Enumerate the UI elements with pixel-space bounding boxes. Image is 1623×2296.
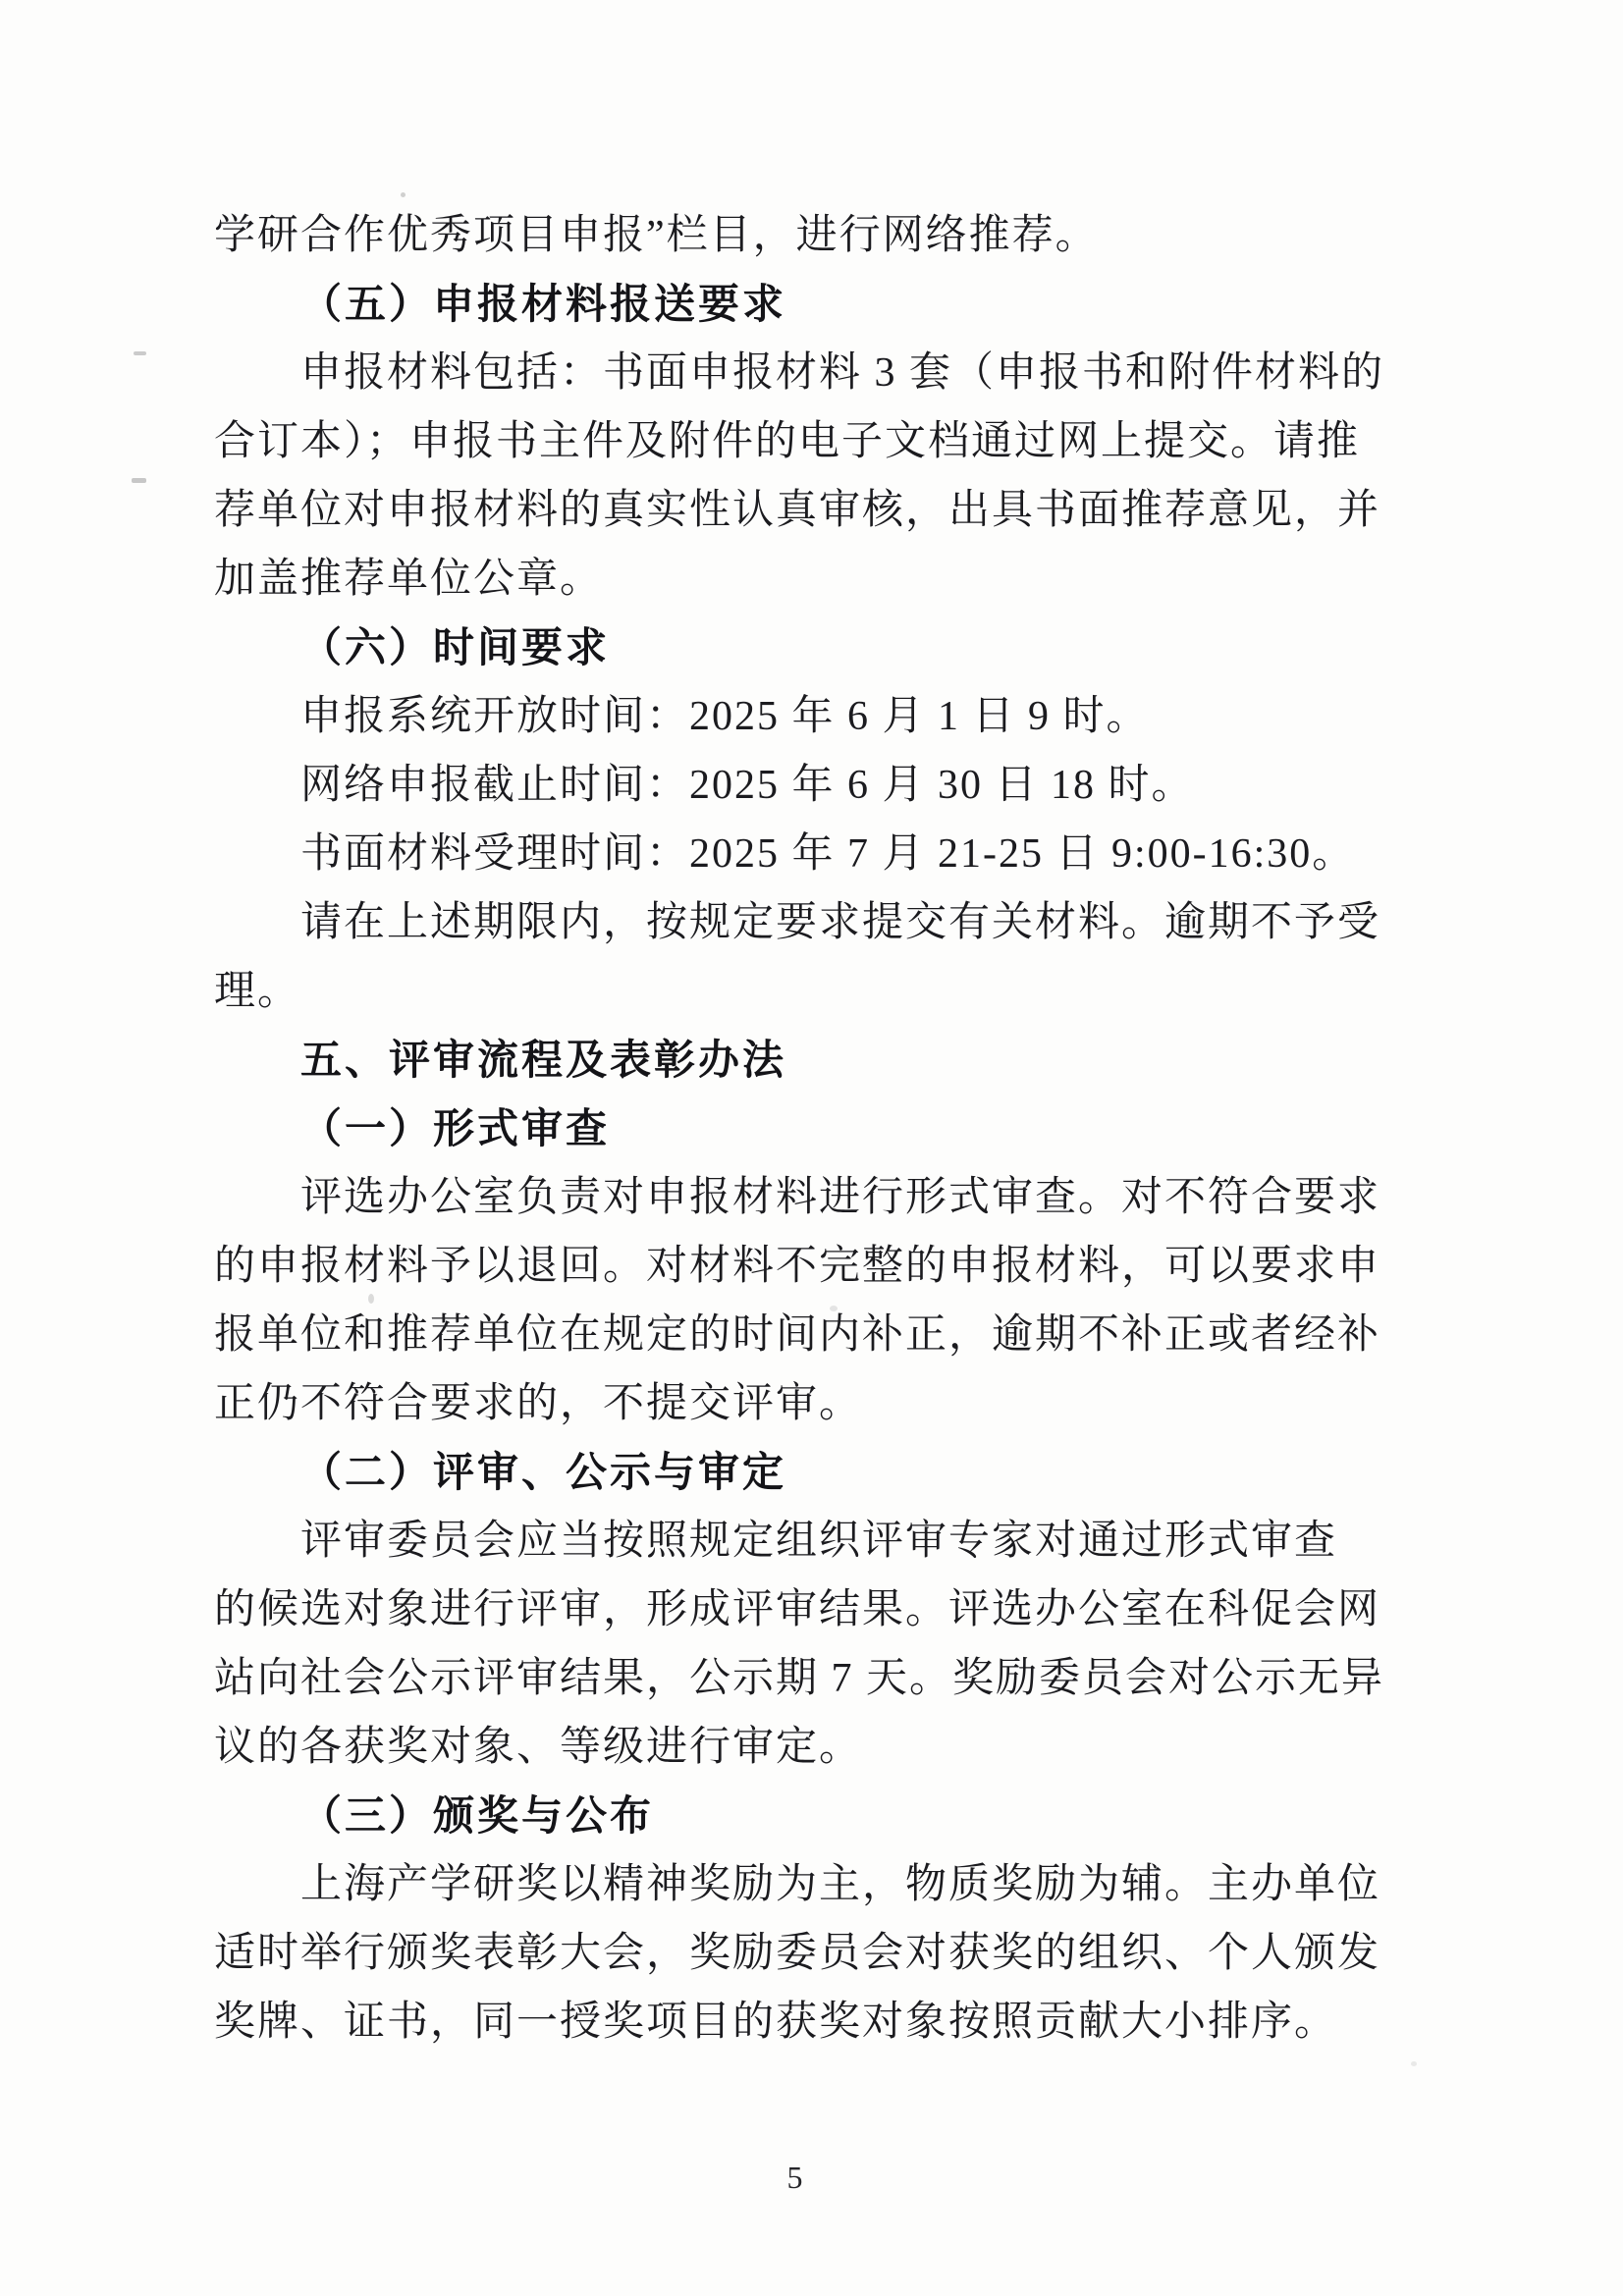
page-number: 5 — [0, 2156, 1623, 2199]
scan-speck — [134, 351, 146, 355]
text-line: 报单位和推荐单位在规定的时间内补正，逾期不补正或者经补 — [214, 1301, 1378, 1369]
document-body: 学研合作优秀项目申报”栏目，进行网络推荐。 （五）申报材料报送要求 申报材料包括… — [214, 201, 1378, 2056]
section-heading: （五）申报材料报送要求 — [214, 270, 1378, 339]
text-line: 学研合作优秀项目申报”栏目，进行网络推荐。 — [214, 201, 1378, 270]
scan-speck — [401, 192, 406, 197]
scan-speck — [1411, 2061, 1417, 2066]
text-line: 荐单位对申报材料的真实性认真审核，出具书面推荐意见，并 — [214, 476, 1378, 545]
text-line: 合订本）；申报书主件及附件的电子文档通过网上提交。请推 — [214, 407, 1378, 476]
text-line: 议的各获奖对象、等级进行审定。 — [214, 1713, 1378, 1782]
text-line: 请在上述期限内，按规定要求提交有关材料。逾期不予受 — [214, 888, 1378, 957]
text-line: 的申报材料予以退回。对材料不完整的申报材料，可以要求申 — [214, 1232, 1378, 1301]
text-line: 加盖推荐单位公章。 — [214, 545, 1378, 614]
text-line: 奖牌、证书，同一授奖项目的获奖对象按照贡献大小排序。 — [214, 1988, 1378, 2056]
text-line: 上海产学研奖以精神奖励为主，物质奖励为辅。主办单位 — [214, 1850, 1378, 1919]
text-line: 评选办公室负责对申报材料进行形式审查。对不符合要求 — [214, 1163, 1378, 1232]
section-heading: （三）颁奖与公布 — [214, 1782, 1378, 1850]
text-line: 站向社会公示评审结果，公示期 7 天。奖励委员会对公示无异 — [214, 1644, 1378, 1713]
document-page: 学研合作优秀项目申报”栏目，进行网络推荐。 （五）申报材料报送要求 申报材料包括… — [0, 0, 1623, 2296]
text-line: 理。 — [214, 957, 1378, 1026]
text-line: 申报材料包括：书面申报材料 3 套（申报书和附件材料的 — [214, 339, 1378, 407]
section-heading: （二）评审、公示与审定 — [214, 1438, 1378, 1507]
scan-speck — [830, 1306, 838, 1311]
text-line: 评审委员会应当按照规定组织评审专家对通过形式审查 — [214, 1507, 1378, 1575]
scan-speck — [368, 1294, 374, 1304]
text-line: 申报系统开放时间：2025 年 6 月 1 日 9 时。 — [214, 682, 1378, 751]
section-heading: 五、评审流程及表彰办法 — [214, 1026, 1378, 1095]
text-line: 的候选对象进行评审，形成评审结果。评选办公室在科促会网 — [214, 1575, 1378, 1644]
text-line: 网络申报截止时间：2025 年 6 月 30 日 18 时。 — [214, 751, 1378, 820]
text-line: 适时举行颁奖表彰大会，奖励委员会对获奖的组织、个人颁发 — [214, 1919, 1378, 1988]
section-heading: （一）形式审查 — [214, 1095, 1378, 1163]
text-line: 正仍不符合要求的，不提交评审。 — [214, 1369, 1378, 1438]
text-line: 书面材料受理时间：2025 年 7 月 21-25 日 9:00-16:30。 — [214, 820, 1378, 888]
section-heading: （六）时间要求 — [214, 614, 1378, 682]
scan-speck — [132, 478, 146, 483]
